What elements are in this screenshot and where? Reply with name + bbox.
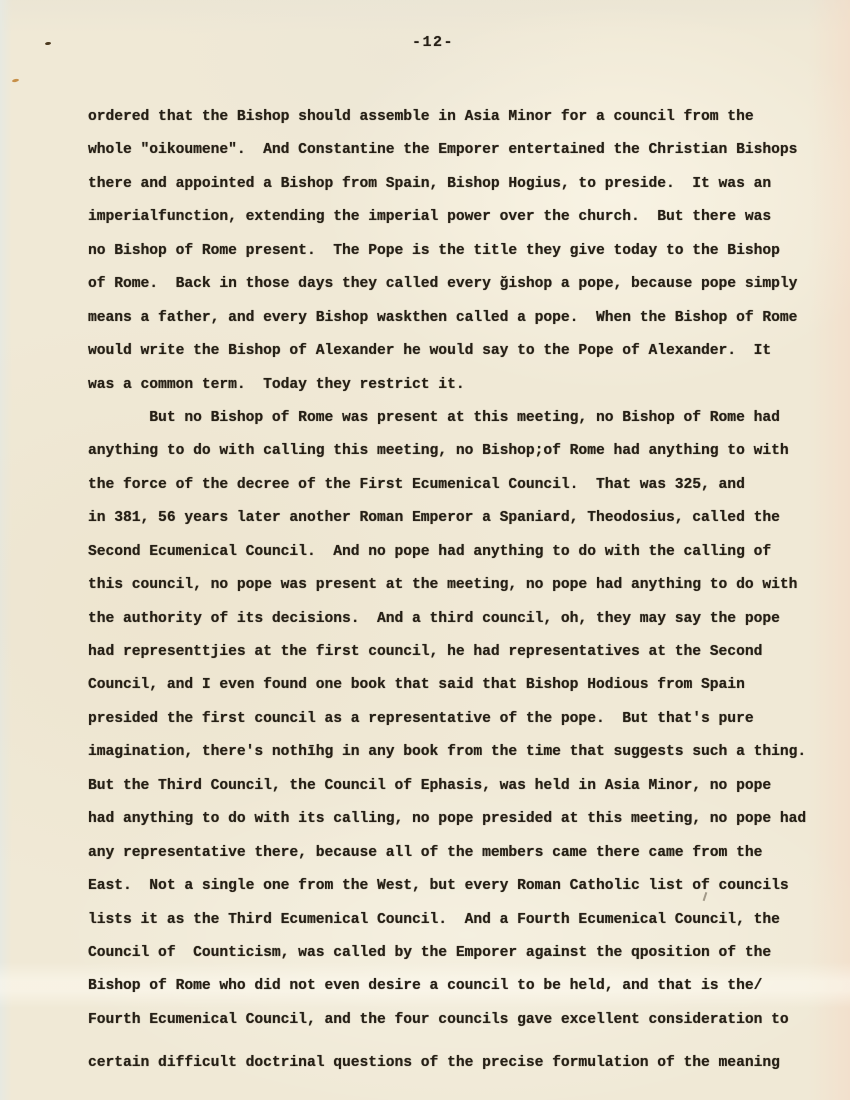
text-line: But the Third Council, the Council of Ep… xyxy=(88,770,818,803)
text-line: But no Bishop of Rome was present at thi… xyxy=(88,402,818,435)
text-line: imperialfunction, extending the imperial… xyxy=(88,201,818,234)
text-line: the force of the decree of the First Ecu… xyxy=(88,469,818,502)
text-line: Fourth Ecumenical Council, and the four … xyxy=(88,1004,818,1037)
text-line: Second Ecumenical Council. And no pope h… xyxy=(88,536,818,569)
text-line: had anything to do with its calling, no … xyxy=(88,803,818,836)
text-line: East. Not a single one from the West, bu… xyxy=(88,870,818,903)
scanned-document-page: -12- ordered that the Bishop should asse… xyxy=(0,0,850,1100)
text-line: the authority of its decisions. And a th… xyxy=(88,603,818,636)
typewritten-text-body: ordered that the Bishop should assemble … xyxy=(88,101,818,1081)
text-line: Bishop of Rome who did not even desire a… xyxy=(88,970,818,1003)
text-line: was a common term. Today they restrict i… xyxy=(88,369,818,402)
text-line: Council of Counticism, was called by the… xyxy=(88,937,818,970)
rust-speck xyxy=(12,78,19,82)
text-line: of Rome. Back in those days they called … xyxy=(88,268,818,301)
text-line: imagination, there's nothīhg in any book… xyxy=(88,736,818,769)
text-line: whole "oikoumene". And Constantine the E… xyxy=(88,134,818,167)
text-line: any representative there, because all of… xyxy=(88,837,818,870)
text-line: this council, no pope was present at the… xyxy=(88,569,818,602)
text-line: ordered that the Bishop should assemble … xyxy=(88,101,818,134)
text-line: presided the first council as a represen… xyxy=(88,703,818,736)
text-line: lists it as the Third Ecumenical Council… xyxy=(88,904,818,937)
text-line: in 381, 56 years later another Roman Emp… xyxy=(88,502,818,535)
text-line: there and appointed a Bishop from Spain,… xyxy=(88,168,818,201)
page-number: -12- xyxy=(412,34,454,51)
text-line: anything to do with calling this meeting… xyxy=(88,435,818,468)
text-line: Council, and I even found one book that … xyxy=(88,669,818,702)
text-line: had representtjies at the first council,… xyxy=(88,636,818,669)
text-line: certain difficult doctrinal questions of… xyxy=(88,1047,818,1080)
text-line: means a father, and every Bishop waskthe… xyxy=(88,302,818,335)
ink-speck xyxy=(45,42,51,46)
text-line: no Bishop of Rome present. The Pope is t… xyxy=(88,235,818,268)
text-line: would write the Bishop of Alexander he w… xyxy=(88,335,818,368)
